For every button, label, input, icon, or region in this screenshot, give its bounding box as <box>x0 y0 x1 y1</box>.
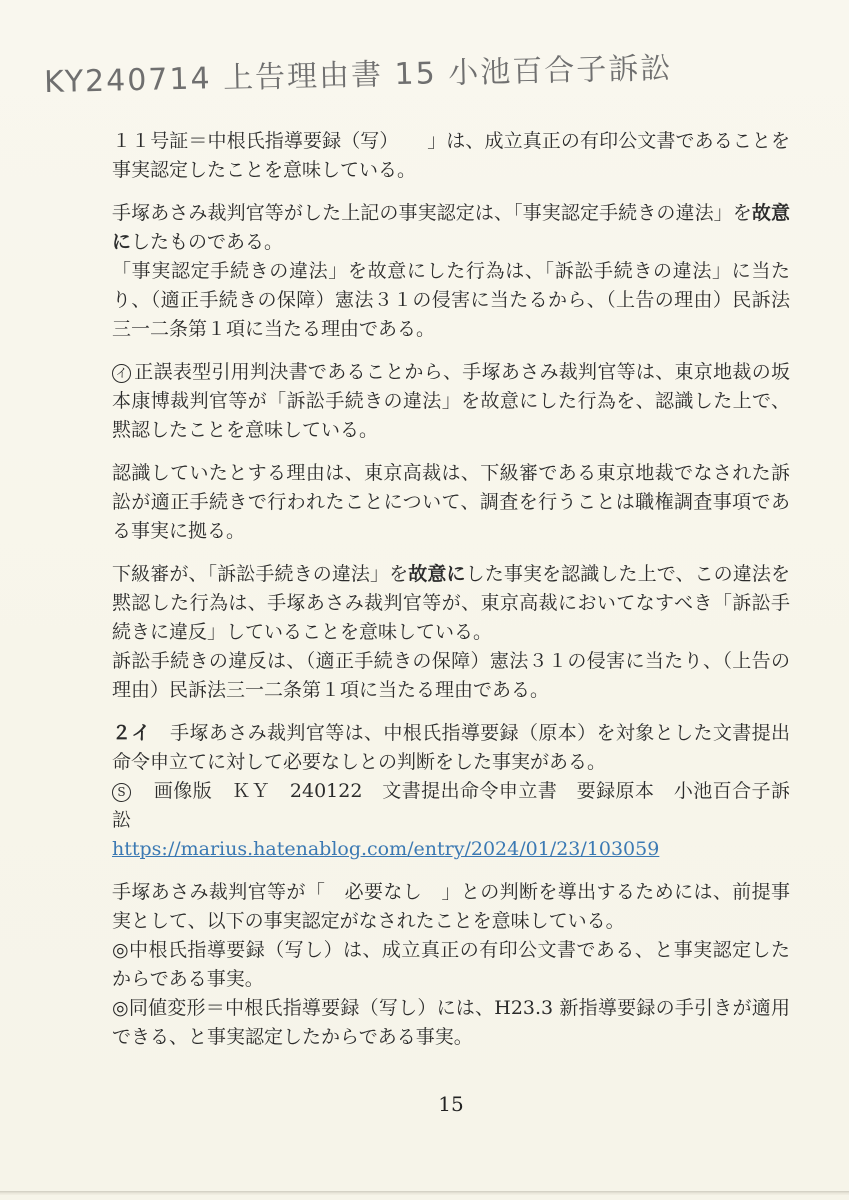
circled-marker: イ <box>112 364 131 383</box>
para-fact-finding-2: 「事実認定手続きの違法」を故意にした行為は、「訴訟手続きの違法」に当たり、（適正… <box>112 257 790 344</box>
text-run: ◎同値変形＝中根氏指導要録（写し）には、H23.3 新指導要録の手引きが適用でき… <box>112 997 790 1048</box>
para-fact-finding-1: 手塚あさみ裁判官等がした上記の事実認定は、「事実認定手続きの違法」を故意にしたも… <box>112 199 790 257</box>
handwritten-note: KY240714 上告理由書 15 小池百合子訴訟 <box>44 43 673 101</box>
para-lower-court-2: 訴訟手続きの違反は、（適正手続きの保障）憲法３１の侵害に当たり、（上告の理由）民… <box>112 647 790 705</box>
para-lower-court-1: 下級審が、「訴訟手続きの違法」を故意にした事実を認識した上で、この違法を黙認した… <box>112 560 790 647</box>
text-run: したものである。 <box>131 231 283 253</box>
text-run: 手塚あさみ裁判官等がした上記の事実認定は、「事実認定手続きの違法」を <box>112 202 752 224</box>
para-exhibit-11: １１号証＝中根氏指導要録（写） 」は、成立真正の有印公文書であることを事実認定し… <box>112 127 790 185</box>
circled-marker: S <box>112 783 131 802</box>
para-premise-fact-2: ◎同値変形＝中根氏指導要録（写し）には、H23.3 新指導要録の手引きが適用でき… <box>112 994 790 1052</box>
para-errata-judgment: イ正誤表型引用判決書であることから、手塚あさみ裁判官等は、東京地裁の坂本康博裁判… <box>112 358 790 445</box>
text-run: 下級審が、「訴訟手続きの違法」を <box>112 563 408 585</box>
para-recognition-reason: 認識していたとする理由は、東京高裁は、下級審である東京地裁でなされた訴訟が適正手… <box>112 459 790 546</box>
document-body: １１号証＝中根氏指導要録（写） 」は、成立真正の有印公文書であることを事実認定し… <box>112 127 790 1052</box>
page-number: 15 <box>112 1092 790 1116</box>
emphasized-text: 故意に <box>408 563 465 585</box>
para-image-reference: S 画像版 ＫＹ 240122 文書提出命令申立書 要録原本 小池百合子訴訟 <box>112 777 790 835</box>
text-run: ◎中根氏指導要録（写し）は、成立真正の有印公文書である、と事実認定したからである… <box>112 939 790 990</box>
para-blog-url: https://marius.hatenablog.com/entry/2024… <box>112 835 790 864</box>
text-run: 認識していたとする理由は、東京高裁は、下級審である東京地裁でなされた訴訟が適正手… <box>112 462 790 542</box>
para-section-2i: ２イ 手塚あさみ裁判官等は、中根氏指導要録（原本）を対象とした文書提出命令申立て… <box>112 719 790 777</box>
text-run: 手塚あさみ裁判官等は、中根氏指導要録（原本）を対象とした文書提出命令申立てに対し… <box>112 722 790 773</box>
para-premise-fact-1: ◎中根氏指導要録（写し）は、成立真正の有印公文書である、と事実認定したからである… <box>112 936 790 994</box>
text-run: 正誤表型引用判決書であることから、手塚あさみ裁判官等は、東京地裁の坂本康博裁判官… <box>112 361 790 441</box>
text-run: 画像版 ＫＹ 240122 文書提出命令申立書 要録原本 小池百合子訴訟 <box>112 780 790 831</box>
text-run: 「事実認定手続きの違法」を故意にした行為は、「訴訟手続きの違法」に当たり、（適正… <box>112 260 790 340</box>
text-run: １１号証＝中根氏指導要録（写） 」は、成立真正の有印公文書であることを事実認定し… <box>112 130 790 181</box>
para-premise-facts: 手塚あさみ裁判官等が「 必要なし 」との判断を導出するためには、前提事実として、… <box>112 878 790 936</box>
text-run: 訴訟手続きの違反は、（適正手続きの保障）憲法３１の侵害に当たり、（上告の理由）民… <box>112 650 790 701</box>
text-run: 手塚あさみ裁判官等が「 必要なし 」との判断を導出するためには、前提事実として、… <box>112 881 790 932</box>
scan-edge-artifact <box>0 1191 849 1195</box>
article-url-link[interactable]: https://marius.hatenablog.com/entry/2024… <box>112 838 659 860</box>
scanned-page: KY240714 上告理由書 15 小池百合子訴訟 １１号証＝中根氏指導要録（写… <box>0 0 849 1200</box>
emphasized-text: ２イ <box>112 722 151 744</box>
